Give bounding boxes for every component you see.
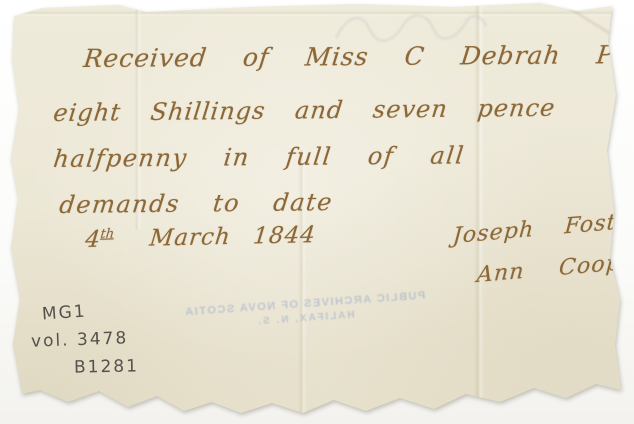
paper-shadow: Received of Miss C Debrah Passon eight S… bbox=[0, 0, 634, 424]
signature-ann-cooper: Ann Cooper bbox=[476, 248, 634, 288]
receipt-line-2: eight Shillings and seven pence bbox=[52, 94, 557, 127]
scan-background: Received of Miss C Debrah Passon eight S… bbox=[0, 0, 634, 424]
archival-reference-volume: vol. 3478 bbox=[31, 328, 129, 351]
date-day: 4 bbox=[84, 227, 101, 253]
date-month-year: March 1844 bbox=[148, 222, 317, 251]
archival-reference-mg: MG1 bbox=[41, 301, 87, 324]
archives-stamp: PUBLIC ARCHIVES OF NOVA SCOTIA HALIFAX, … bbox=[174, 289, 435, 333]
date-line: 4thMarch 1844 bbox=[84, 222, 317, 253]
date-ordinal: th bbox=[100, 227, 115, 242]
receipt-line-1: Received of Miss C Debrah Passon bbox=[82, 40, 634, 73]
signature-joseph-foster: Joseph Foster bbox=[452, 208, 634, 249]
receipt-paper: Received of Miss C Debrah Passon eight S… bbox=[0, 0, 634, 424]
fold-crease-top bbox=[0, 10, 634, 17]
receipt-line-3: halfpenny in full of all bbox=[52, 141, 466, 173]
archival-reference-item: B1281 bbox=[74, 356, 139, 377]
receipt-line-4: demands to date bbox=[58, 188, 335, 219]
